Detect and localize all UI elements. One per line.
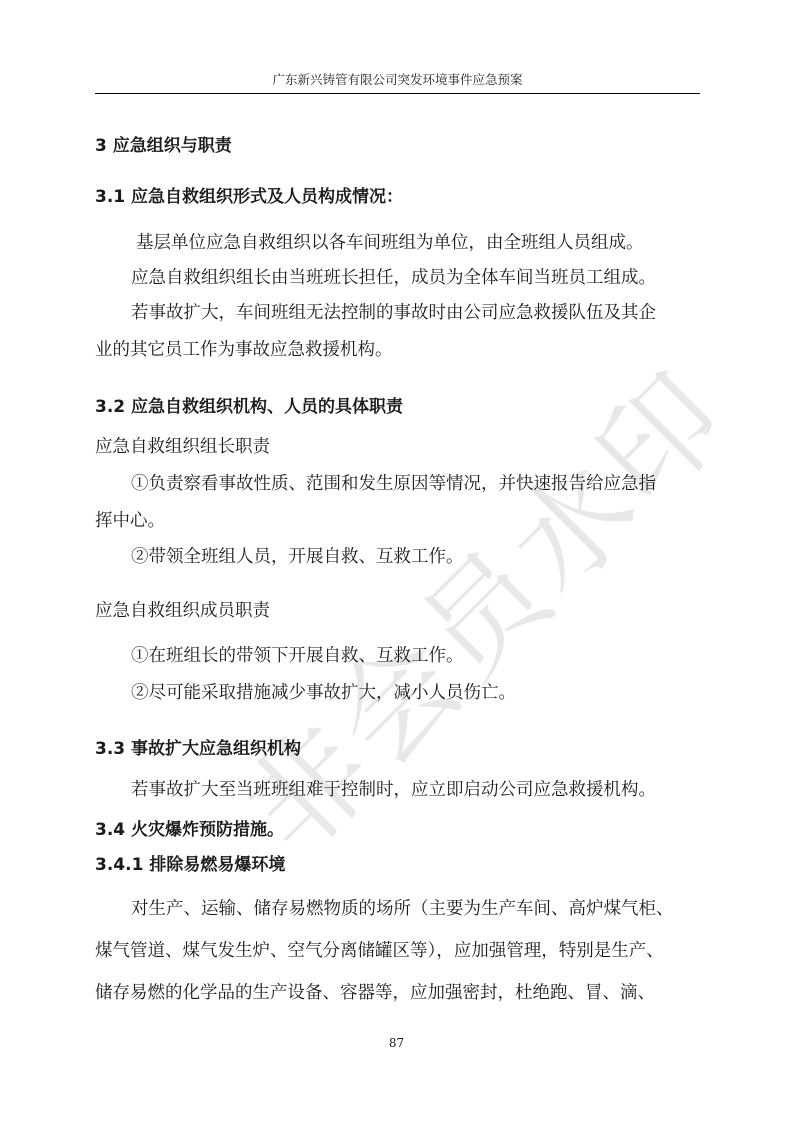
leader-duties-label: 应急自救组织组长职责 <box>95 433 270 458</box>
section-3-4-heading: 3.4 火灾爆炸预防措施。 <box>95 815 284 840</box>
section-3-4-1-heading: 3.4.1 排除易燃易爆环境 <box>95 850 285 875</box>
list-item: ②带领全班组人员，开展自救、互救工作。 <box>131 543 464 568</box>
document-header: 广东新兴铸管有限公司突发环境事件应急预案 <box>95 70 700 88</box>
paragraph: 对生产、运输、储存易燃物质的场所（主要为生产车间、高炉煤气柜、 <box>131 895 674 920</box>
list-item-continuation: 挥中心。 <box>95 507 165 532</box>
paragraph: 若事故扩大，车间班组无法控制的事故时由公司应急救援队伍及其企 <box>131 299 656 324</box>
paragraph: 应急自救组织组长由当班班长担任，成员为全体车间当班员工组成。 <box>131 264 656 289</box>
member-duties-label: 应急自救组织成员职责 <box>95 597 270 622</box>
header-divider <box>95 93 700 94</box>
paragraph-continuation: 业的其它员工作为事故应急救援机构。 <box>95 336 393 361</box>
list-item: ①负责察看事故性质、范围和发生原因等情况，并快速报告给应急指 <box>131 470 656 495</box>
list-item: ②尽可能采取措施减少事故扩大，减小人员伤亡。 <box>131 679 516 704</box>
section-3-1-heading: 3.1 应急自救组织形式及人员构成情况： <box>95 182 403 207</box>
section-3-3-heading: 3.3 事故扩大应急组织机构 <box>95 734 301 759</box>
paragraph: 基层单位应急自救组织以各车间班组为单位，由全班组人员组成。 <box>136 229 644 254</box>
section-3-heading: 3 应急组织与职责 <box>95 131 232 156</box>
list-item: ①在班组长的带领下开展自救、互救工作。 <box>131 642 464 667</box>
section-3-2-heading: 3.2 应急自救组织机构、人员的具体职责 <box>95 392 403 417</box>
paragraph-continuation: 储存易燃的化学品的生产设备、容器等，应加强密封，杜绝跑、冒、滴、 <box>95 979 655 1004</box>
paragraph: 若事故扩大至当班班组难于控制时，应立即启动公司应急救援机构。 <box>131 776 656 801</box>
paragraph-continuation: 煤气管道、煤气发生炉、空气分离储罐区等），应加强管理，特别是生产、 <box>95 937 664 962</box>
page-number: 87 <box>0 1036 793 1050</box>
